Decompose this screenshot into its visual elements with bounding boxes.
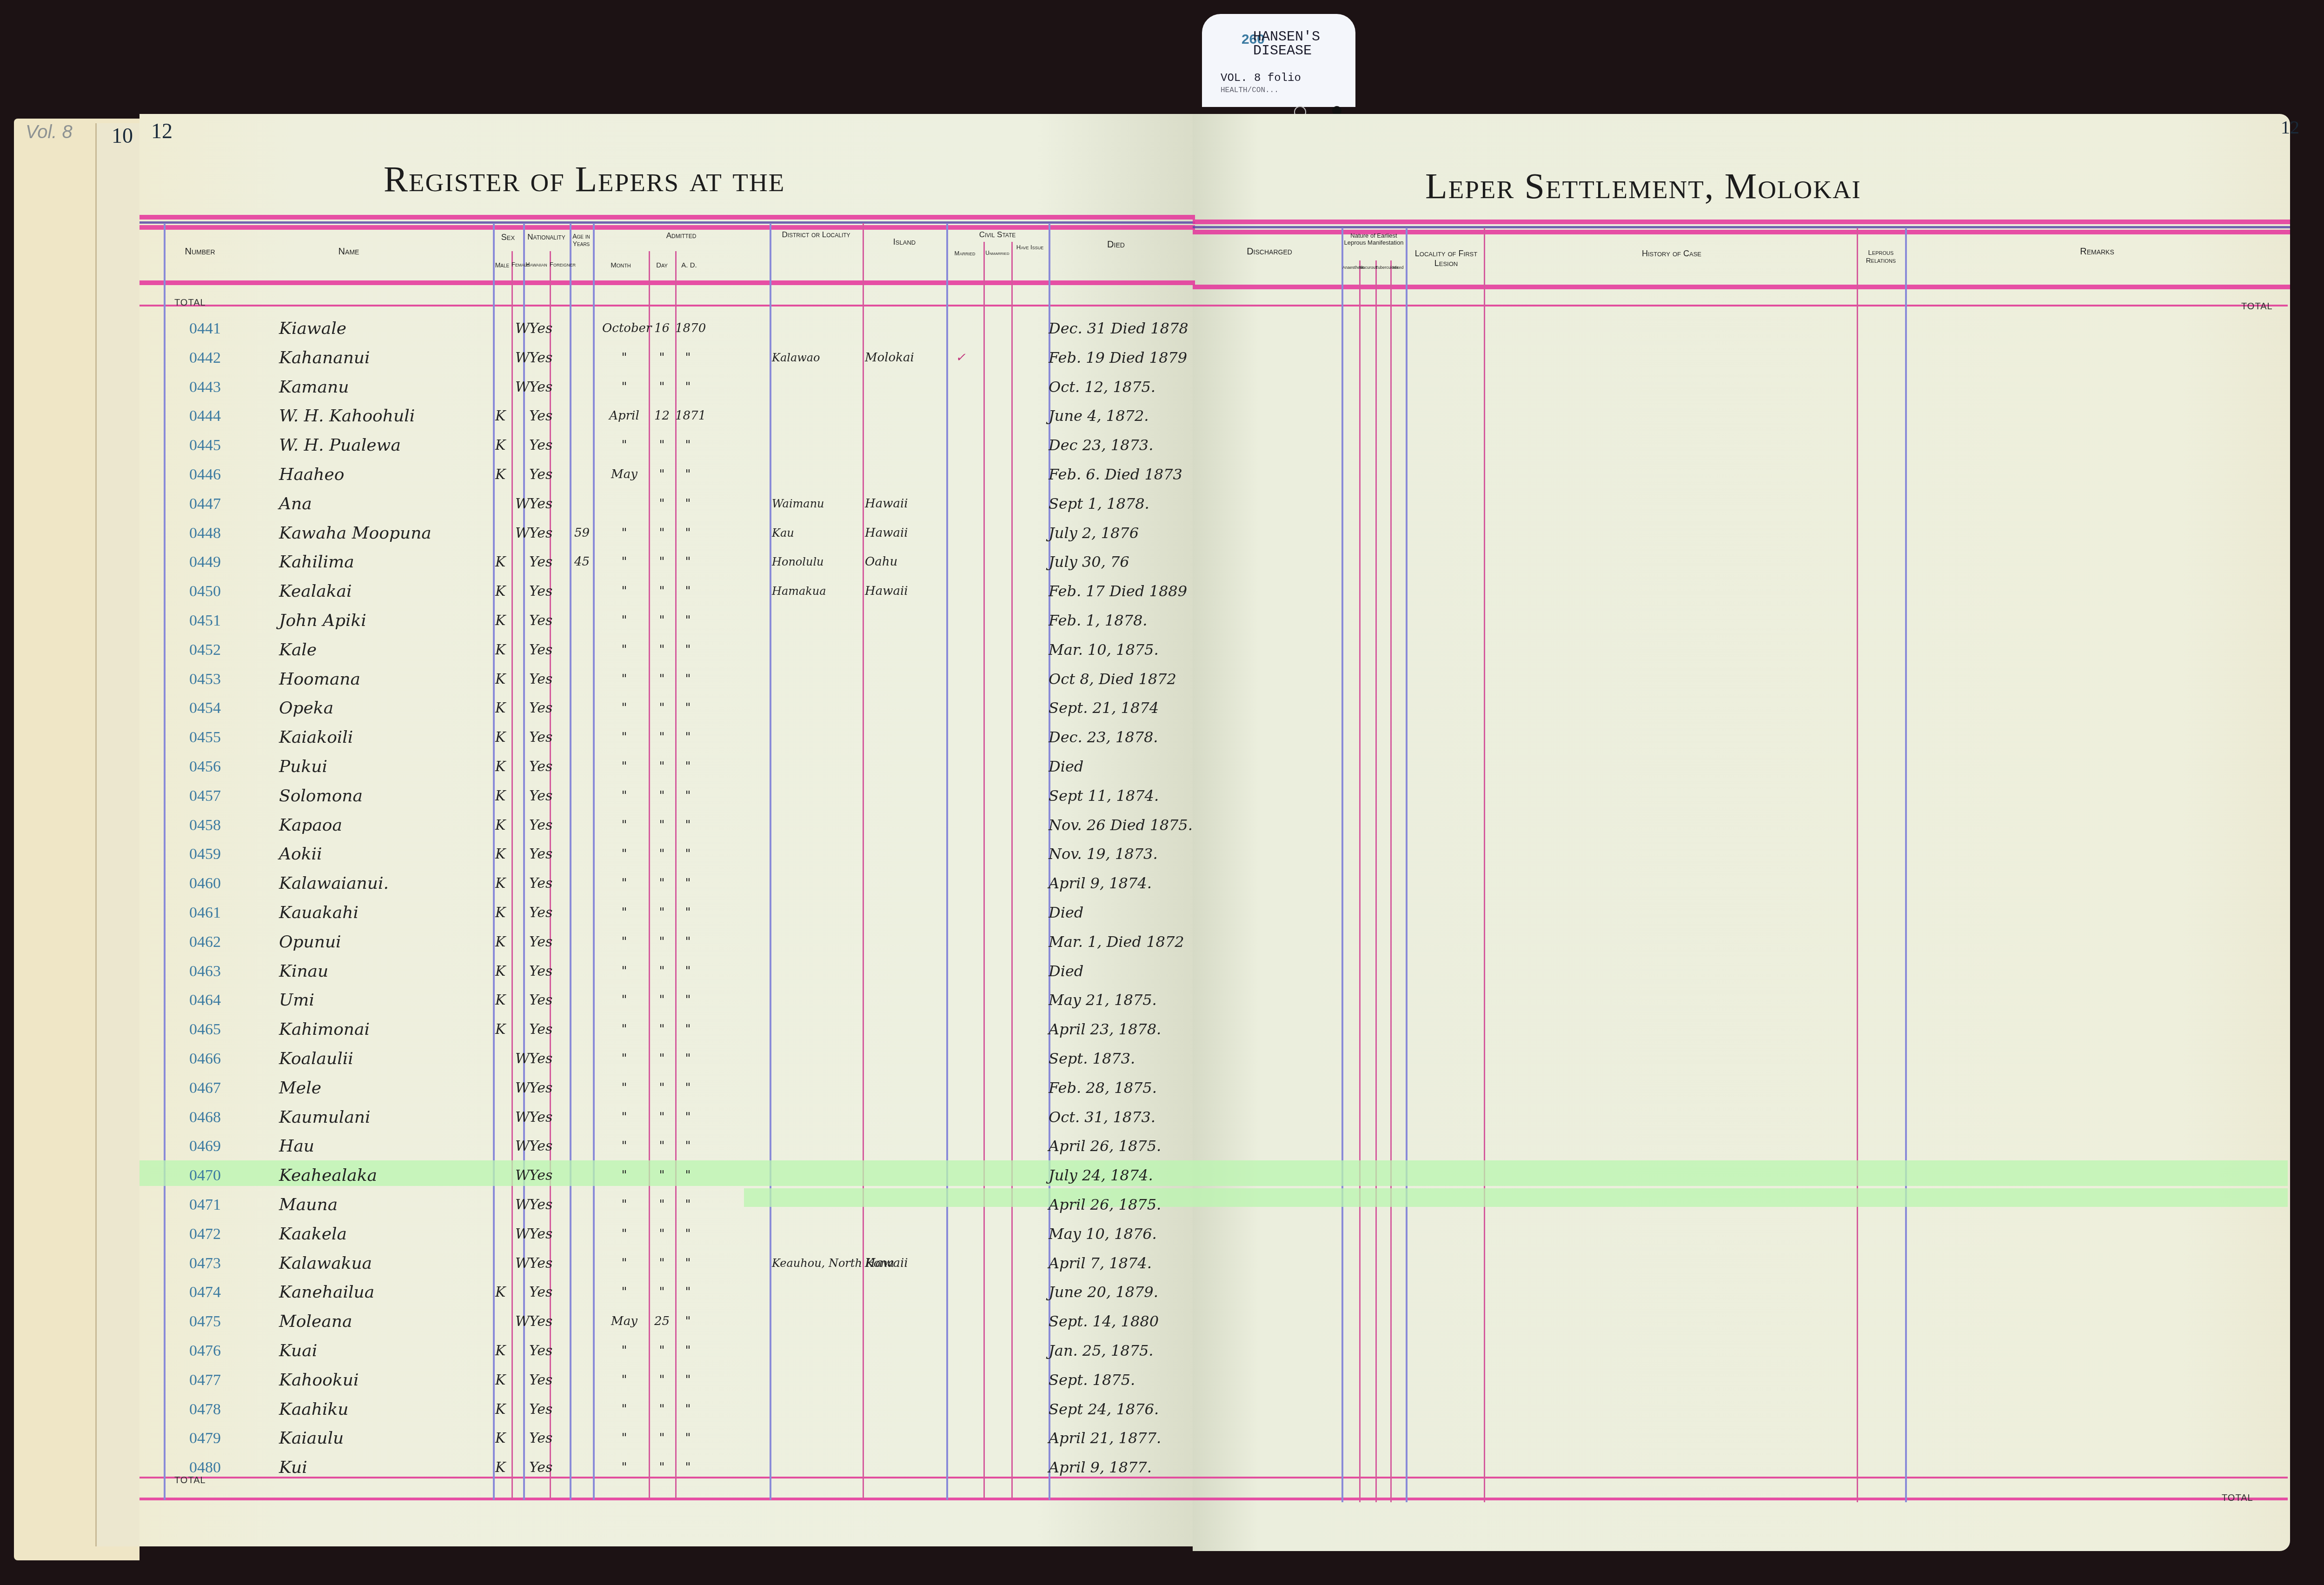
row-male: K [495, 1451, 505, 1485]
column-rule [1406, 228, 1408, 1502]
page-stack-inner [95, 123, 141, 1546]
column-header-mixed: Mixed [1390, 265, 1406, 270]
page-number-left: 12 [151, 119, 173, 143]
column-header-discharged: Discharged [1209, 246, 1330, 257]
column-header-sex: Sex [493, 233, 523, 242]
column-rule [1375, 260, 1377, 1502]
column-header-history: History of Case [1488, 249, 1855, 259]
column-header-month: Month [593, 261, 649, 269]
tab-volume: VOL. 8 folio [1221, 72, 1301, 85]
header-rule [139, 225, 1195, 230]
page-title-left: Register of Lepers at the [384, 158, 785, 200]
footer-rule [139, 1498, 2288, 1500]
column-header-remarks: Remarks [1906, 246, 2288, 257]
table-row: 0480KuiKYes"""April 9, 1877. [139, 1451, 1195, 1485]
column-header-name: Name [279, 246, 418, 257]
right-page [1193, 114, 2290, 1551]
column-header-locality-first-lesion: Locality of First Lesion [1409, 249, 1483, 268]
column-header-foreigner: Foreigner [550, 261, 570, 268]
column-header-leprous-relations: Leprous Relations [1858, 249, 1904, 265]
header-rule [1193, 226, 2290, 228]
column-header-district: District or Locality [772, 230, 860, 240]
column-rule [1341, 228, 1343, 1502]
column-header-unmarried: Unmarried [983, 250, 1011, 257]
row-name: Kui [279, 1451, 307, 1485]
tab-category: HEALTH/CON... [1221, 86, 1279, 94]
page-number-under: 10 [112, 123, 133, 148]
archive-index-tab: 260 HANSEN'S DISEASE VOL. 8 folio HEALTH… [1202, 14, 1355, 107]
column-rule [1390, 260, 1392, 1502]
row-admit-month: " [602, 1451, 646, 1485]
row-admit-day: " [649, 1451, 675, 1485]
column-header-number: Number [167, 246, 232, 257]
column-header-hawaiian: Hawaiian [523, 261, 550, 268]
total-label-top-right: TOTAL [2241, 301, 2273, 312]
column-header-have-issue: Have Issue [1011, 244, 1049, 251]
column-header-married: Married [946, 250, 983, 257]
column-header-admitted: Admitted [593, 231, 770, 240]
header-rule [139, 221, 1195, 224]
row-hawaiian: Yes [529, 1451, 552, 1485]
row-died: April 9, 1877. [1049, 1451, 1152, 1485]
total-label-bottom-right: TOTAL [2222, 1493, 2253, 1504]
page-number-right: 12 [2281, 116, 2299, 138]
column-header-male: Male [493, 261, 511, 269]
row-admit-year: " [675, 1451, 701, 1485]
column-header-island: Island [865, 237, 944, 247]
column-header-tuberculous: Tuberculous [1375, 265, 1390, 270]
header-rule [1193, 220, 2290, 224]
tab-subject: HANSEN'S DISEASE [1253, 30, 1346, 58]
column-header-anaesthetic: Anaesthetic [1342, 265, 1359, 270]
margin-note: Vol. 8 [26, 122, 73, 143]
header-bottom-rule [139, 280, 1195, 285]
column-header-day: Day [649, 261, 675, 269]
total-rule [139, 305, 2288, 306]
total-label-top: TOTAL [174, 298, 206, 308]
column-rule [1484, 228, 1485, 1502]
page-title-right: Leper Settlement, Molokai [1425, 165, 1861, 207]
header-rule [139, 215, 1195, 220]
column-header-died: Died [1069, 240, 1162, 250]
column-rule [1359, 260, 1361, 1502]
header-bottom-rule [1193, 285, 2290, 289]
column-rule [1857, 228, 1858, 1502]
column-header-manifestation: Nature of Earliest Leprous Manifestation [1342, 233, 1405, 246]
column-header-macurous: Macurous [1359, 265, 1375, 270]
column-header-civil-state: Civil State [946, 230, 1049, 240]
row-number: 0480 [177, 1451, 221, 1485]
column-rule [1905, 228, 1907, 1502]
column-header-ad: A. D. [675, 261, 703, 269]
column-header-age: Age in Years [570, 233, 593, 247]
column-header-nationality: Nationality [523, 233, 570, 242]
